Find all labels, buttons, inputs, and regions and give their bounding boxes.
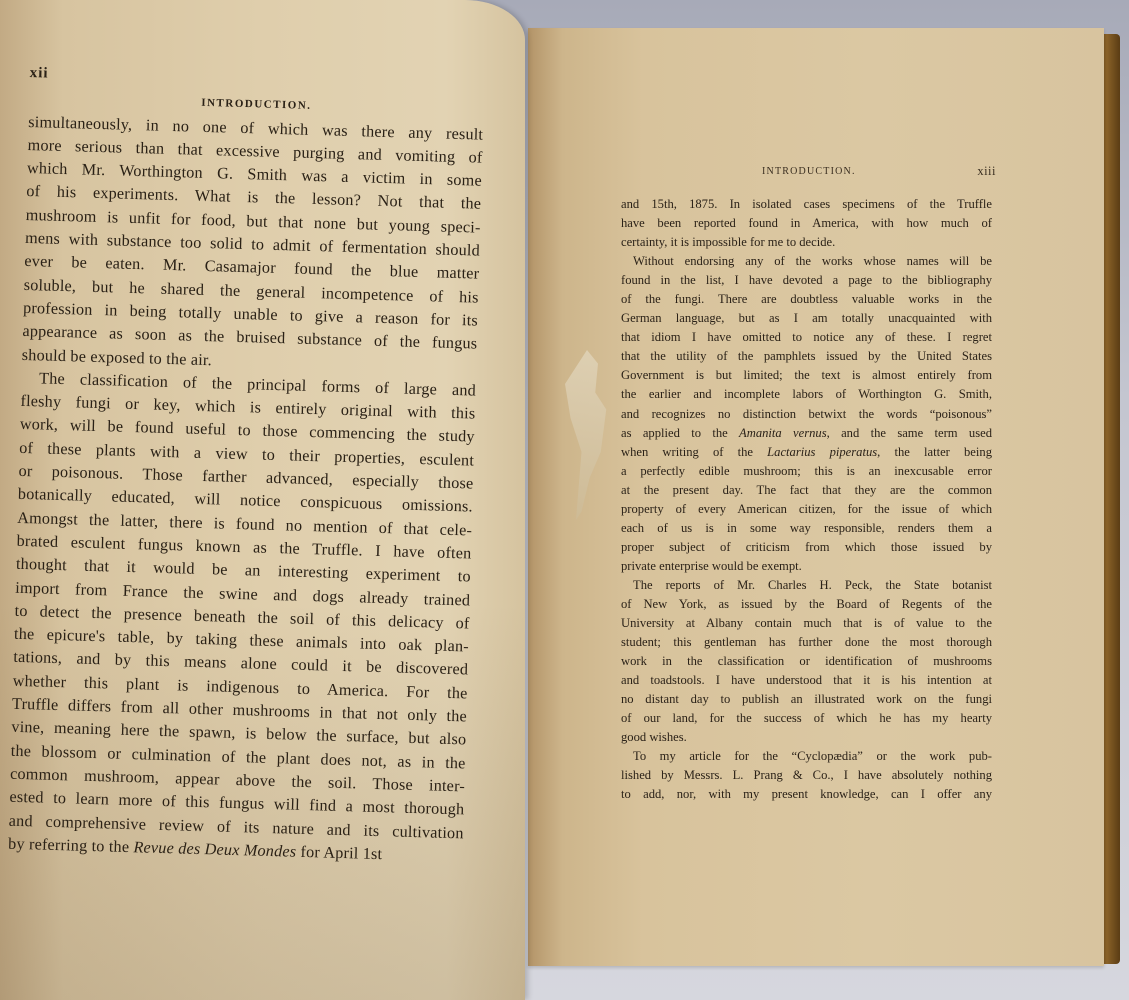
text-line: The reports of Mr. Charles H. Peck, the … [621,576,992,595]
paragraph: simultaneously, in no one of which was t… [21,111,483,380]
paragraph: Without endorsing any of the works whose… [621,252,992,576]
text-line: property of every American citizen, for … [621,500,992,519]
text-line: the earlier and incomplete labors of Wor… [621,385,992,404]
text-line: Government is but limited; the text is a… [621,366,992,385]
text-line: certainty, it is impossible for me to de… [621,233,992,252]
text-line: student; this gentleman has further done… [621,633,992,652]
text-line: found in the list, I have devoted a page… [621,271,992,290]
text-line: have been reported found in America, wit… [621,214,992,233]
text-line: and 15th, 1875. In isolated cases specim… [621,195,992,214]
species-name: Lactarius piperatus [767,445,877,459]
paragraph: The reports of Mr. Charles H. Peck, the … [621,576,992,747]
text-line: work in the classification or identifica… [621,652,992,671]
paragraph: and 15th, 1875. In isolated cases specim… [621,195,992,252]
text-line: no distant day to publish an illustrated… [621,690,992,709]
text-line: as applied to the Amanita vernus, and th… [621,424,992,443]
paragraph: To my article for the “Cyclopædia” or th… [621,747,992,804]
text-line: a perfectly edible mushroom; this is an … [621,462,992,481]
text-line: German language, but as I am totally una… [621,309,992,328]
species-name: Amanita vernus [739,426,827,440]
paragraph: The classification of the principal form… [8,367,476,869]
left-page-text: xii INTRODUCTION. simultaneously, in no … [8,62,485,868]
left-page: xii INTRODUCTION. simultaneously, in no … [0,0,525,1000]
right-running-title: INTRODUCTION. [762,166,856,177]
text-line: proper subject of criticism from which t… [621,538,992,557]
text-line: lished by Messrs. L. Prang & Co., I have… [621,766,992,785]
text-line: and toadstools. I have understood that i… [621,671,992,690]
text-line: To my article for the “Cyclopædia” or th… [621,747,992,766]
text-line: of the fungi. There are doubtless valuab… [621,290,992,309]
text-line: of our land, for the success of which he… [621,709,992,728]
text-line: and recognizes no distinction betwixt th… [621,405,992,424]
right-page-number: xiii [977,164,996,179]
text-line: to add, nor, with my present knowledge, … [621,785,992,804]
text-line: that the utility of the pamphlets issued… [621,347,992,366]
text-line: each of us is in some way responsible, r… [621,519,992,538]
text-line: University at Albany contain much that i… [621,614,992,633]
text-line: good wishes. [621,728,992,747]
text-line: Without endorsing any of the works whose… [621,252,992,271]
right-page-text: and 15th, 1875. In isolated cases specim… [621,195,992,805]
text-line: that idiom I have omitted to notice any … [621,328,992,347]
text-line: at the present day. The fact that they a… [621,481,992,500]
text-line: when writing of the Lactarius piperatus,… [621,443,992,462]
journal-title: Revue des Deux Mondes [133,838,296,861]
text-line: private enterprise would be exempt. [621,557,992,576]
text-line: of New York, as issued by the Board of R… [621,595,992,614]
